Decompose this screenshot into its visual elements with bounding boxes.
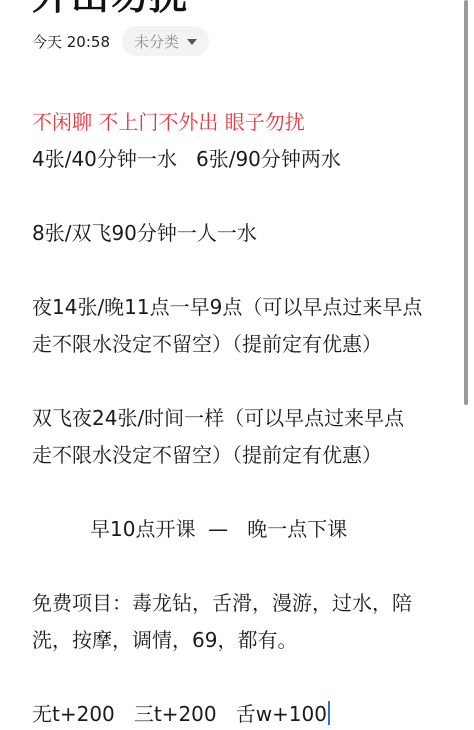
text-caret xyxy=(328,701,330,725)
note-line: 走不限水没定不留空）（提前定有优惠） xyxy=(32,437,452,474)
blank-line xyxy=(32,363,452,400)
category-dropdown[interactable]: 未分类 xyxy=(122,26,209,56)
note-line-hours: 早10点开课 — 晚一点下课 xyxy=(32,511,452,548)
note-line: 4张/40分钟一水 6张/90分钟两水 xyxy=(32,141,452,178)
blank-line xyxy=(32,252,452,289)
note-body-editor[interactable]: 不闲聊 不上门不外出 眼子勿扰 4张/40分钟一水 6张/90分钟两水 8张/双… xyxy=(32,104,452,730)
note-line: 走不限水没定不留空）（提前定有优惠） xyxy=(32,326,452,363)
note-line-last: 无t+200 三t+200 舌w+100 xyxy=(32,696,452,730)
note-meta-row: 今天 20:58 未分类 xyxy=(32,26,209,56)
category-label: 未分类 xyxy=(134,31,179,52)
note-line: 双飞夜24张/时间一样（可以早点过来早点 xyxy=(32,400,452,437)
dropdown-triangle-icon xyxy=(187,39,197,45)
note-line-warning: 不闲聊 不上门不外出 眼子勿扰 xyxy=(32,104,452,141)
vertical-scrollbar[interactable] xyxy=(464,0,468,405)
blank-line xyxy=(32,548,452,585)
note-timestamp: 今天 20:58 xyxy=(32,31,110,52)
blank-line xyxy=(32,659,452,696)
note-line: 洗，按摩，调情，69，都有。 xyxy=(32,622,452,659)
note-line: 8张/双飞90分钟一人一水 xyxy=(32,215,452,252)
note-line: 免费项目：毒龙钻，舌滑，漫游，过水，陪 xyxy=(32,585,452,622)
blank-line xyxy=(32,474,452,511)
blank-line xyxy=(32,178,452,215)
note-title[interactable]: 外出勿扰 xyxy=(32,0,188,18)
note-line-text: 无t+200 三t+200 舌w+100 xyxy=(32,702,327,726)
note-line: 夜14张/晚11点一早9点（可以早点过来早点 xyxy=(32,289,452,326)
